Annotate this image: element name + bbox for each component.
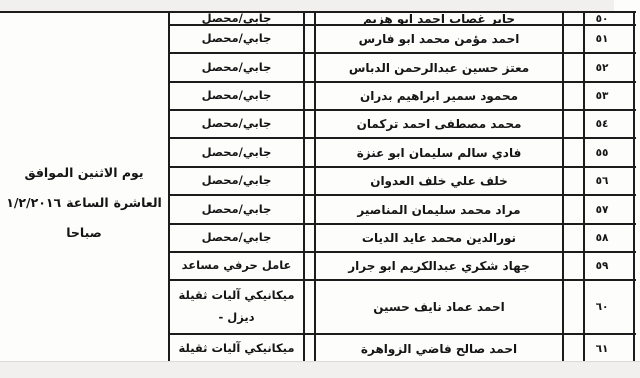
employee-name-cell: احمد عماد نايف حسين [314,281,564,333]
column-gutter [305,168,314,194]
job-title-text-line2: - ديزل [218,307,254,329]
job-title-cell: جابي/محصل [168,139,305,166]
column-gutter [564,281,583,333]
employee-name-cell: جهاد شكري عبدالكريم ابو جرار [314,253,564,279]
row-number-cell: ٥٢ [583,54,635,81]
table-row: جابي/محصل محمد مصطفى احمد تركمان ٥٤ [168,111,636,139]
table-row: جابي/محصل جابر غصاب احمد ابو هزيم ٥٠ [168,13,636,26]
table-row: ميكانيكي آليات ثقيلة - ديزل احمد عماد نا… [168,281,636,335]
job-title-text: جابي/محصل [202,199,272,221]
job-title-cell: جابي/محصل [168,83,305,109]
column-gutter [305,196,314,223]
employee-name-cell: نورالدين محمد عايد الديات [314,225,564,251]
schedule-table: جابي/محصل جابر غصاب احمد ابو هزيم ٥٠ جاب… [168,13,636,365]
table-top-border [0,11,636,13]
employee-name-cell: خلف علي خلف العدوان [314,168,564,194]
employee-name-cell: معتز حسين عبدالرحمن الدباس [314,54,564,81]
column-gutter [564,83,583,109]
column-gutter [564,335,583,363]
row-number-cell: ٥٧ [583,196,635,223]
job-title-text: عامل حرفي مساعد [182,255,292,277]
column-gutter [305,281,314,333]
row-number-cell: ٦١ [583,335,635,363]
row-number-cell: ٥٥ [583,139,635,166]
job-title-cell: جابي/محصل [168,196,305,223]
job-title-cell: جابي/محصل [168,13,305,24]
column-gutter [564,225,583,251]
column-gutter [305,225,314,251]
job-title-cell: جابي/محصل [168,225,305,251]
column-gutter [305,83,314,109]
session-time-word1: الساعة [66,188,109,218]
table-row: عامل حرفي مساعد جهاد شكري عبدالكريم ابو … [168,253,636,281]
job-title-cell: جابي/محصل [168,54,305,81]
table-row: جابي/محصل معتز حسين عبدالرحمن الدباس ٥٢ [168,54,636,83]
job-title-text: جابي/محصل [202,57,272,79]
employee-name-cell: احمد مؤمن محمد ابو فارس [314,26,564,52]
column-gutter [564,196,583,223]
column-gutter [564,13,583,24]
job-title-text: جابي/محصل [202,170,272,192]
column-gutter [305,54,314,81]
session-date-line2: ١/٢/٢٠١٦ الساعة العاشرة [0,188,168,218]
column-gutter [305,111,314,137]
row-number-cell: ٥٨ [583,225,635,251]
session-date-note: يوم الاثنين الموافق ١/٢/٢٠١٦ الساعة العا… [0,158,168,248]
employee-name-cell: محمود سمير ابراهيم بدران [314,83,564,109]
job-title-cell: ميكانيكي آليات ثقيلة - ديزل [168,281,305,333]
row-number-cell: ٦٠ [583,281,635,333]
job-title-cell: جابي/محصل [168,168,305,194]
employee-name-cell: جابر غصاب احمد ابو هزيم [314,13,564,24]
column-gutter [564,111,583,137]
column-gutter [564,54,583,81]
column-gutter [564,168,583,194]
column-gutter [564,253,583,279]
employee-name-cell: محمد مصطفى احمد تركمان [314,111,564,137]
column-gutter [305,253,314,279]
table-row: جابي/محصل نورالدين محمد عايد الديات ٥٨ [168,225,636,253]
scan-top-margin [0,0,614,11]
job-title-text: ميكانيكي آليات ثقيلة [179,338,295,360]
row-number-cell: ٥٣ [583,83,635,109]
job-title-text: جابي/محصل [202,13,272,24]
job-title-text: جابي/محصل [202,227,272,249]
job-title-text: جابي/محصل [202,28,272,50]
session-date-line3: صباحا [0,218,168,248]
job-title-cell: ميكانيكي آليات ثقيلة [168,335,305,363]
column-gutter [305,26,314,52]
table-row: جابي/محصل فادي سالم سليمان ابو عنزة ٥٥ [168,139,636,168]
scanned-document-page: يوم الاثنين الموافق ١/٢/٢٠١٦ الساعة العا… [0,0,640,378]
employee-name-cell: احمد صالح فاضي الزواهرة [314,335,564,363]
session-date-value: ١/٢/٢٠١٦ [6,188,61,218]
table-row: جابي/محصل مراد محمد سليمان المناصير ٥٧ [168,196,636,225]
row-number-cell: ٥٤ [583,111,635,137]
row-number-cell: ٥٠ [583,13,635,24]
column-gutter [305,139,314,166]
session-time-word2: العاشرة [114,188,162,218]
column-gutter [305,13,314,24]
column-gutter [564,26,583,52]
employee-name-cell: مراد محمد سليمان المناصير [314,196,564,223]
row-number-cell: ٥١ [583,26,635,52]
column-gutter [305,335,314,363]
table-row: جابي/محصل خلف علي خلف العدوان ٥٦ [168,168,636,196]
scan-bottom-margin [0,361,640,378]
job-title-cell: جابي/محصل [168,111,305,137]
job-title-cell: عامل حرفي مساعد [168,253,305,279]
job-title-text: جابي/محصل [202,113,272,135]
session-date-line1: يوم الاثنين الموافق [0,158,168,188]
job-title-cell: جابي/محصل [168,26,305,52]
job-title-text: ميكانيكي آليات ثقيلة [179,285,295,307]
employee-name-cell: فادي سالم سليمان ابو عنزة [314,139,564,166]
column-gutter [564,139,583,166]
table-row: جابي/محصل احمد مؤمن محمد ابو فارس ٥١ [168,26,636,54]
table-row: جابي/محصل محمود سمير ابراهيم بدران ٥٣ [168,83,636,111]
row-number-cell: ٥٩ [583,253,635,279]
job-title-text: جابي/محصل [202,85,272,107]
row-number-cell: ٥٦ [583,168,635,194]
job-title-text: جابي/محصل [202,142,272,164]
